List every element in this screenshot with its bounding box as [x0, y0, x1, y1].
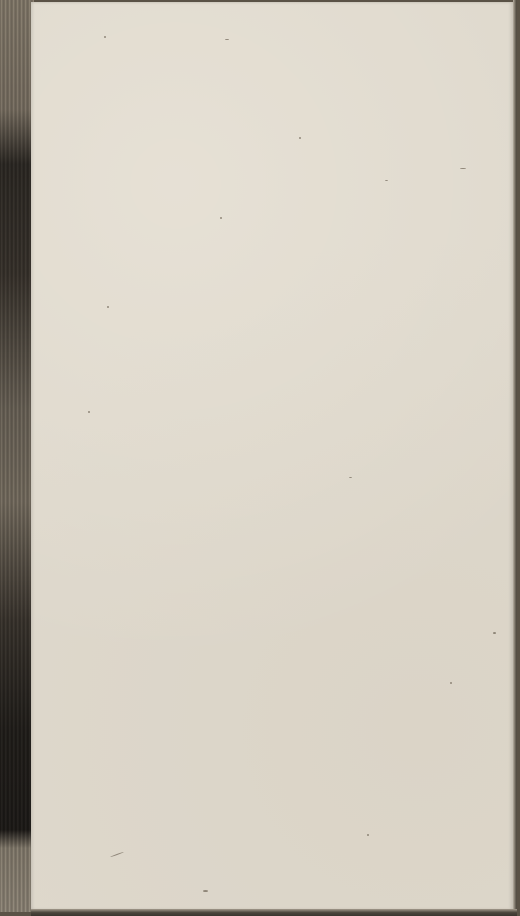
paper-speck: [367, 834, 369, 836]
faint-pencil-marking: [290, 880, 420, 898]
paper-speck: [110, 852, 123, 858]
scanned-page: [0, 0, 520, 916]
book-spine-edge: [0, 0, 34, 912]
paper-speck: [225, 39, 229, 40]
paper-speck: [88, 411, 90, 413]
page-edge-right: [513, 0, 517, 912]
paper-speck: [107, 306, 109, 308]
paper-speck: [203, 890, 208, 892]
page-edge-bottom: [31, 909, 517, 916]
paper-speck: [450, 682, 452, 684]
paper-speck: [460, 168, 466, 169]
paper-speck: [349, 477, 352, 478]
paper-speck: [104, 36, 106, 38]
paper-speck: [493, 632, 496, 634]
paper-speck: [220, 217, 222, 219]
blank-page: [31, 2, 513, 910]
paper-speck: [385, 180, 388, 181]
paper-speck: [299, 137, 301, 139]
